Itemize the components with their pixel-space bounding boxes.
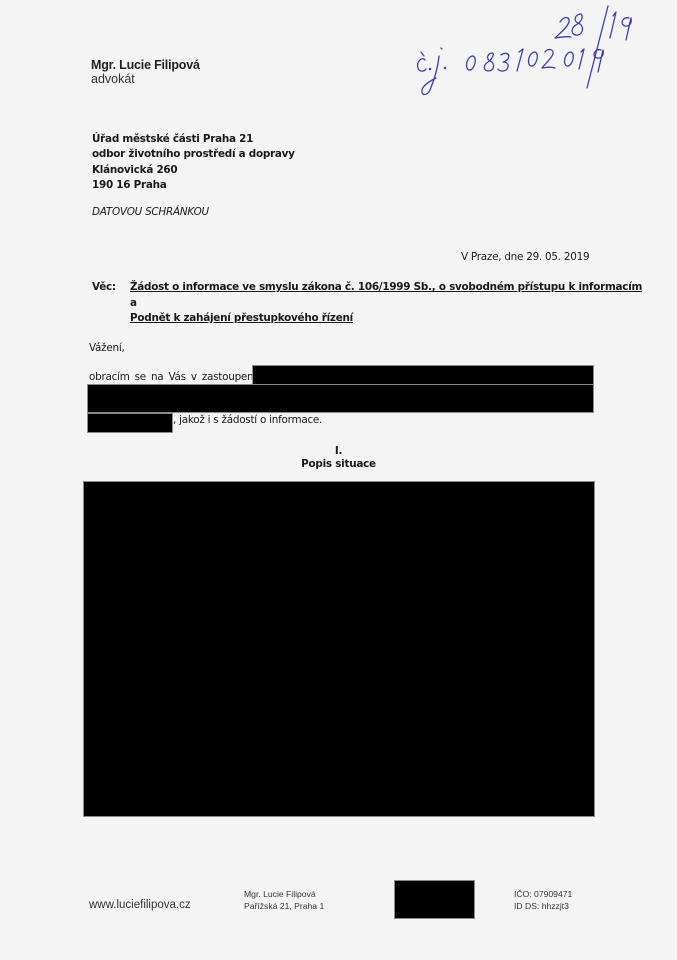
footer-website: www.luciefilipova.cz — [89, 899, 191, 911]
recipient-line: 190 16 Praha — [92, 178, 295, 193]
subject-conjunction: a — [130, 297, 137, 309]
subject-label: Věc: — [92, 281, 116, 293]
footer-redaction-block — [395, 881, 474, 918]
handwritten-reference-annotation — [395, 0, 655, 110]
salutation: Vážení, — [89, 342, 125, 354]
recipient-line: Klánovická 260 — [92, 163, 295, 178]
subject-line-1: Žádost o informace ve smyslu zákona č. 1… — [130, 281, 642, 293]
paragraph-end: , jakož i s žádostí o informace. — [173, 414, 322, 426]
redaction-block — [88, 414, 172, 432]
sender-title: advokát — [91, 72, 135, 86]
paragraph-start: obracím se na Vás v zastoupení — [89, 371, 256, 383]
section-title: Popis situace — [0, 458, 677, 470]
footer-ico: IČO: 07909471 — [514, 889, 572, 899]
recipient-line: odbor životního prostředí a dopravy — [92, 147, 295, 162]
redacted-section-content — [84, 482, 594, 816]
subject-line-2: Podnět k zahájení přestupkového řízení — [130, 312, 353, 324]
letter-page: Mgr. Lucie Filipová advokát — [0, 0, 677, 960]
recipient-line: Úřad městské části Praha 21 — [92, 132, 295, 147]
footer-id-ds: ID DS: hhzzjt3 — [514, 901, 569, 911]
sender-name: Mgr. Lucie Filipová — [91, 58, 200, 72]
footer-address: Pařížská 21, Praha 1 — [244, 901, 324, 911]
redaction-block — [253, 366, 593, 386]
section-number: I. — [0, 445, 677, 457]
redaction-block — [88, 385, 593, 412]
footer-name: Mgr. Lucie Filipová — [244, 889, 316, 899]
delivery-method: DATOVOU SCHRÁNKOU — [92, 206, 209, 218]
recipient-address: Úřad městské části Praha 21 odbor životn… — [92, 132, 295, 193]
date-line: V Praze, dne 29. 05. 2019 — [461, 251, 589, 263]
